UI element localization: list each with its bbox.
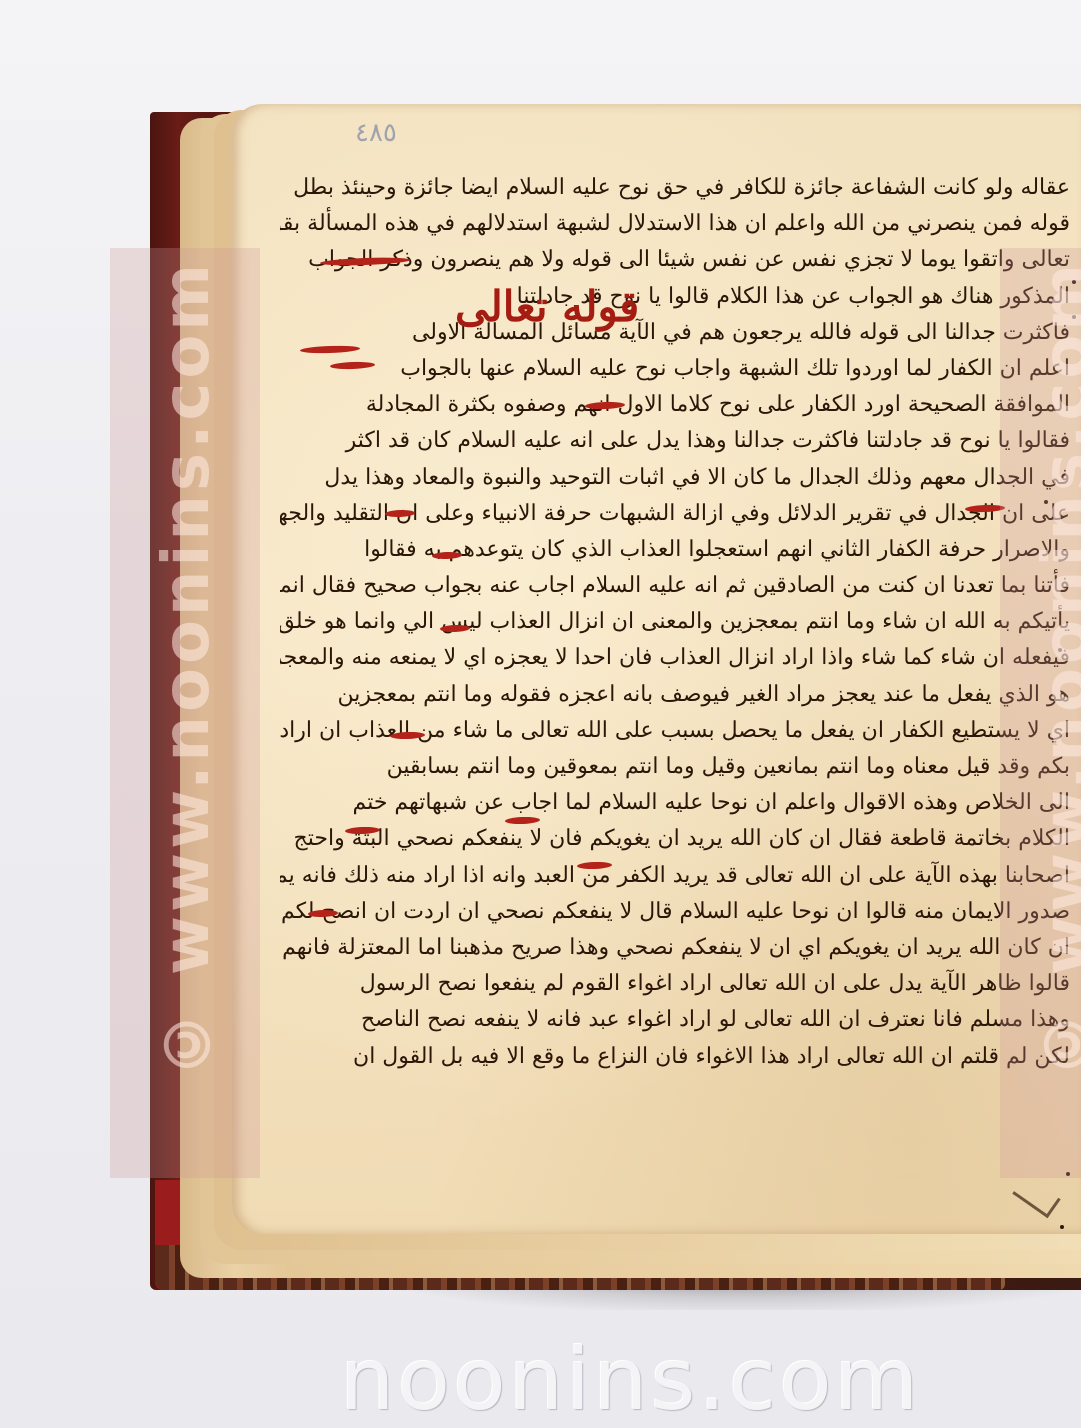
text-line: المذكور هناك هو الجواب عن هذا الكلام قال… (280, 279, 1070, 315)
watermark-bottom: noonins.com (340, 1330, 921, 1428)
text-line: فيفعله ان شاء كما شاء واذا اراد انزال ال… (280, 640, 1070, 676)
text-line: اي لا يستطيع الكفار ان يفعل ما يحصل بسبب… (280, 713, 1070, 749)
text-line: الى الخلاص وهذه الاقوال واعلم ان نوحا عل… (280, 785, 1070, 821)
text-line: ان كان الله يريد ان يغويكم اي ان لا ينفع… (280, 930, 1070, 966)
text-line: الكلام بخاتمة قاطعة فقال ان كان الله يري… (280, 821, 1070, 857)
text-line: لكن لم قلتم ان الله تعالى اراد هذا الاغو… (280, 1039, 1070, 1075)
text-line: وهذا مسلم فانا نعترف ان الله تعالى لو ار… (280, 1002, 1070, 1038)
manuscript-text-block: عقاله ولو كانت الشفاعة جائزة للكافر في ح… (280, 170, 1070, 1075)
text-line: بكم وقد قيل معناه وما انتم بمانعين وقيل … (280, 749, 1070, 785)
text-line: فقالوا يا نوح قد جادلتنا فاكثرت جدالنا و… (280, 423, 1070, 459)
text-line: اعلم ان الكفار لما اوردوا تلك الشبهة واج… (280, 351, 1070, 387)
text-line: قالوا ظاهر الآية يدل على ان الله تعالى ا… (280, 966, 1070, 1002)
text-line: قوله فمن ينصرني من الله واعلم ان هذا الا… (280, 206, 1070, 242)
margin-dot (1060, 1225, 1064, 1229)
text-line: في الجدال معهم وذلك الجدال ما كان الا في… (280, 460, 1070, 496)
text-line: يأتيكم به الله ان شاء وما انتم بمعجزين و… (280, 604, 1070, 640)
text-line: الموافقة الصحيحة اورد الكفار على نوح كلا… (280, 387, 1070, 423)
text-line: هو الذي يفعل ما عند يعجز مراد الغير فيوص… (280, 677, 1070, 713)
text-line: والاصرار حرفة الكفار الثاني انهم استعجلو… (280, 532, 1070, 568)
text-line: صدور الايمان منه قالوا ان نوحا عليه السل… (280, 894, 1070, 930)
text-line: فاكثرت جدالنا الى قوله فالله يرجعون هم ف… (280, 315, 1070, 351)
watermark-right: © www.noonins.com (1030, 260, 1081, 1079)
text-line: اصحابنا بهذه الآية على ان الله تعالى قد … (280, 858, 1070, 894)
text-line: عقاله ولو كانت الشفاعة جائزة للكافر في ح… (280, 170, 1070, 206)
folio-number: ٤٨٥ (355, 118, 397, 148)
rubric-heading: قوله تعالى (455, 282, 639, 331)
text-line: فأتنا بما تعدنا ان كنت من الصادقين ثم ان… (280, 568, 1070, 604)
watermark-left: © www.noonins.com (150, 260, 224, 1079)
